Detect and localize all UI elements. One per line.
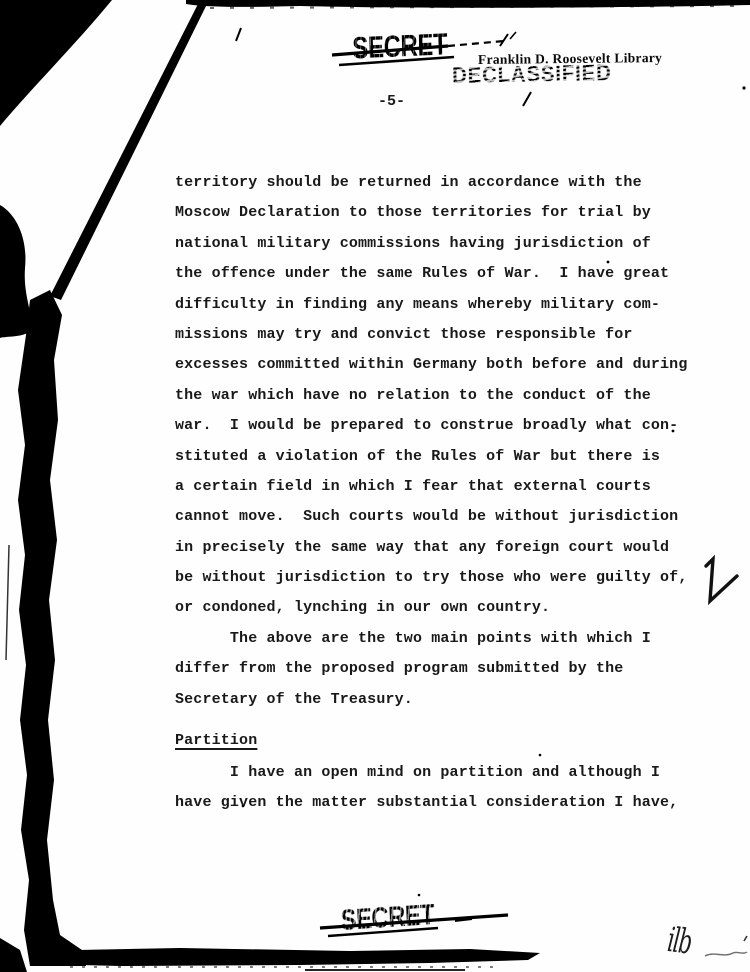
text-line: The above are the two main points with w… (175, 624, 687, 654)
text-line: cannot move. Such courts would be withou… (175, 502, 687, 532)
document-scan: territory should be returned in accordan… (0, 0, 750, 972)
text-line: I have an open mind on partition and alt… (175, 758, 678, 788)
secret-stamp-top: SECRET (352, 30, 448, 65)
text-line: or condoned, lynching in our own country… (175, 593, 687, 623)
text-line: the war which have no relation to the co… (175, 381, 687, 411)
scan-edge-bottom (28, 948, 540, 966)
paragraph-war-crimes: territory should be returned in accordan… (175, 168, 687, 715)
text-line: the offence under the same Rules of War.… (175, 259, 687, 289)
text-line: difficulty in finding any means whereby … (175, 290, 687, 320)
paragraph-partition: I have an open mind on partition and alt… (175, 758, 678, 819)
text-line: territory should be returned in accordan… (175, 168, 687, 198)
text-line: Secretary of the Treasury. (175, 685, 687, 715)
text-line: excesses committed within Germany both b… (175, 350, 687, 380)
secret-stamp-bottom: SECRET (340, 900, 435, 936)
text-line: war. I would be prepared to construe bro… (175, 411, 687, 441)
handwritten-checkmark (706, 559, 737, 601)
text-line: be without jurisdiction to try those who… (175, 563, 687, 593)
text-line: a certain field in which I fear that ext… (175, 472, 687, 502)
text-line: in precisely the same way that any forei… (175, 533, 687, 563)
text-line: have given the matter substantial consid… (175, 788, 678, 818)
declassified-stamp: DECLASSIFIED (452, 61, 612, 88)
scan-edge-left (18, 290, 86, 966)
handwritten-initials: ilb (666, 922, 693, 961)
text-line: stituted a violation of the Rules of War… (175, 442, 687, 472)
scan-corner-topleft (0, 0, 112, 126)
text-line: Moscow Declaration to those territories … (175, 198, 687, 228)
partition-heading: Partition (175, 731, 257, 751)
text-line: national military commissions having jur… (175, 229, 687, 259)
page-number: -5- (378, 93, 405, 111)
text-line: differ from the proposed program submitt… (175, 654, 687, 684)
text-line: missions may try and convict those respo… (175, 320, 687, 350)
scan-edge-top (186, 0, 750, 8)
